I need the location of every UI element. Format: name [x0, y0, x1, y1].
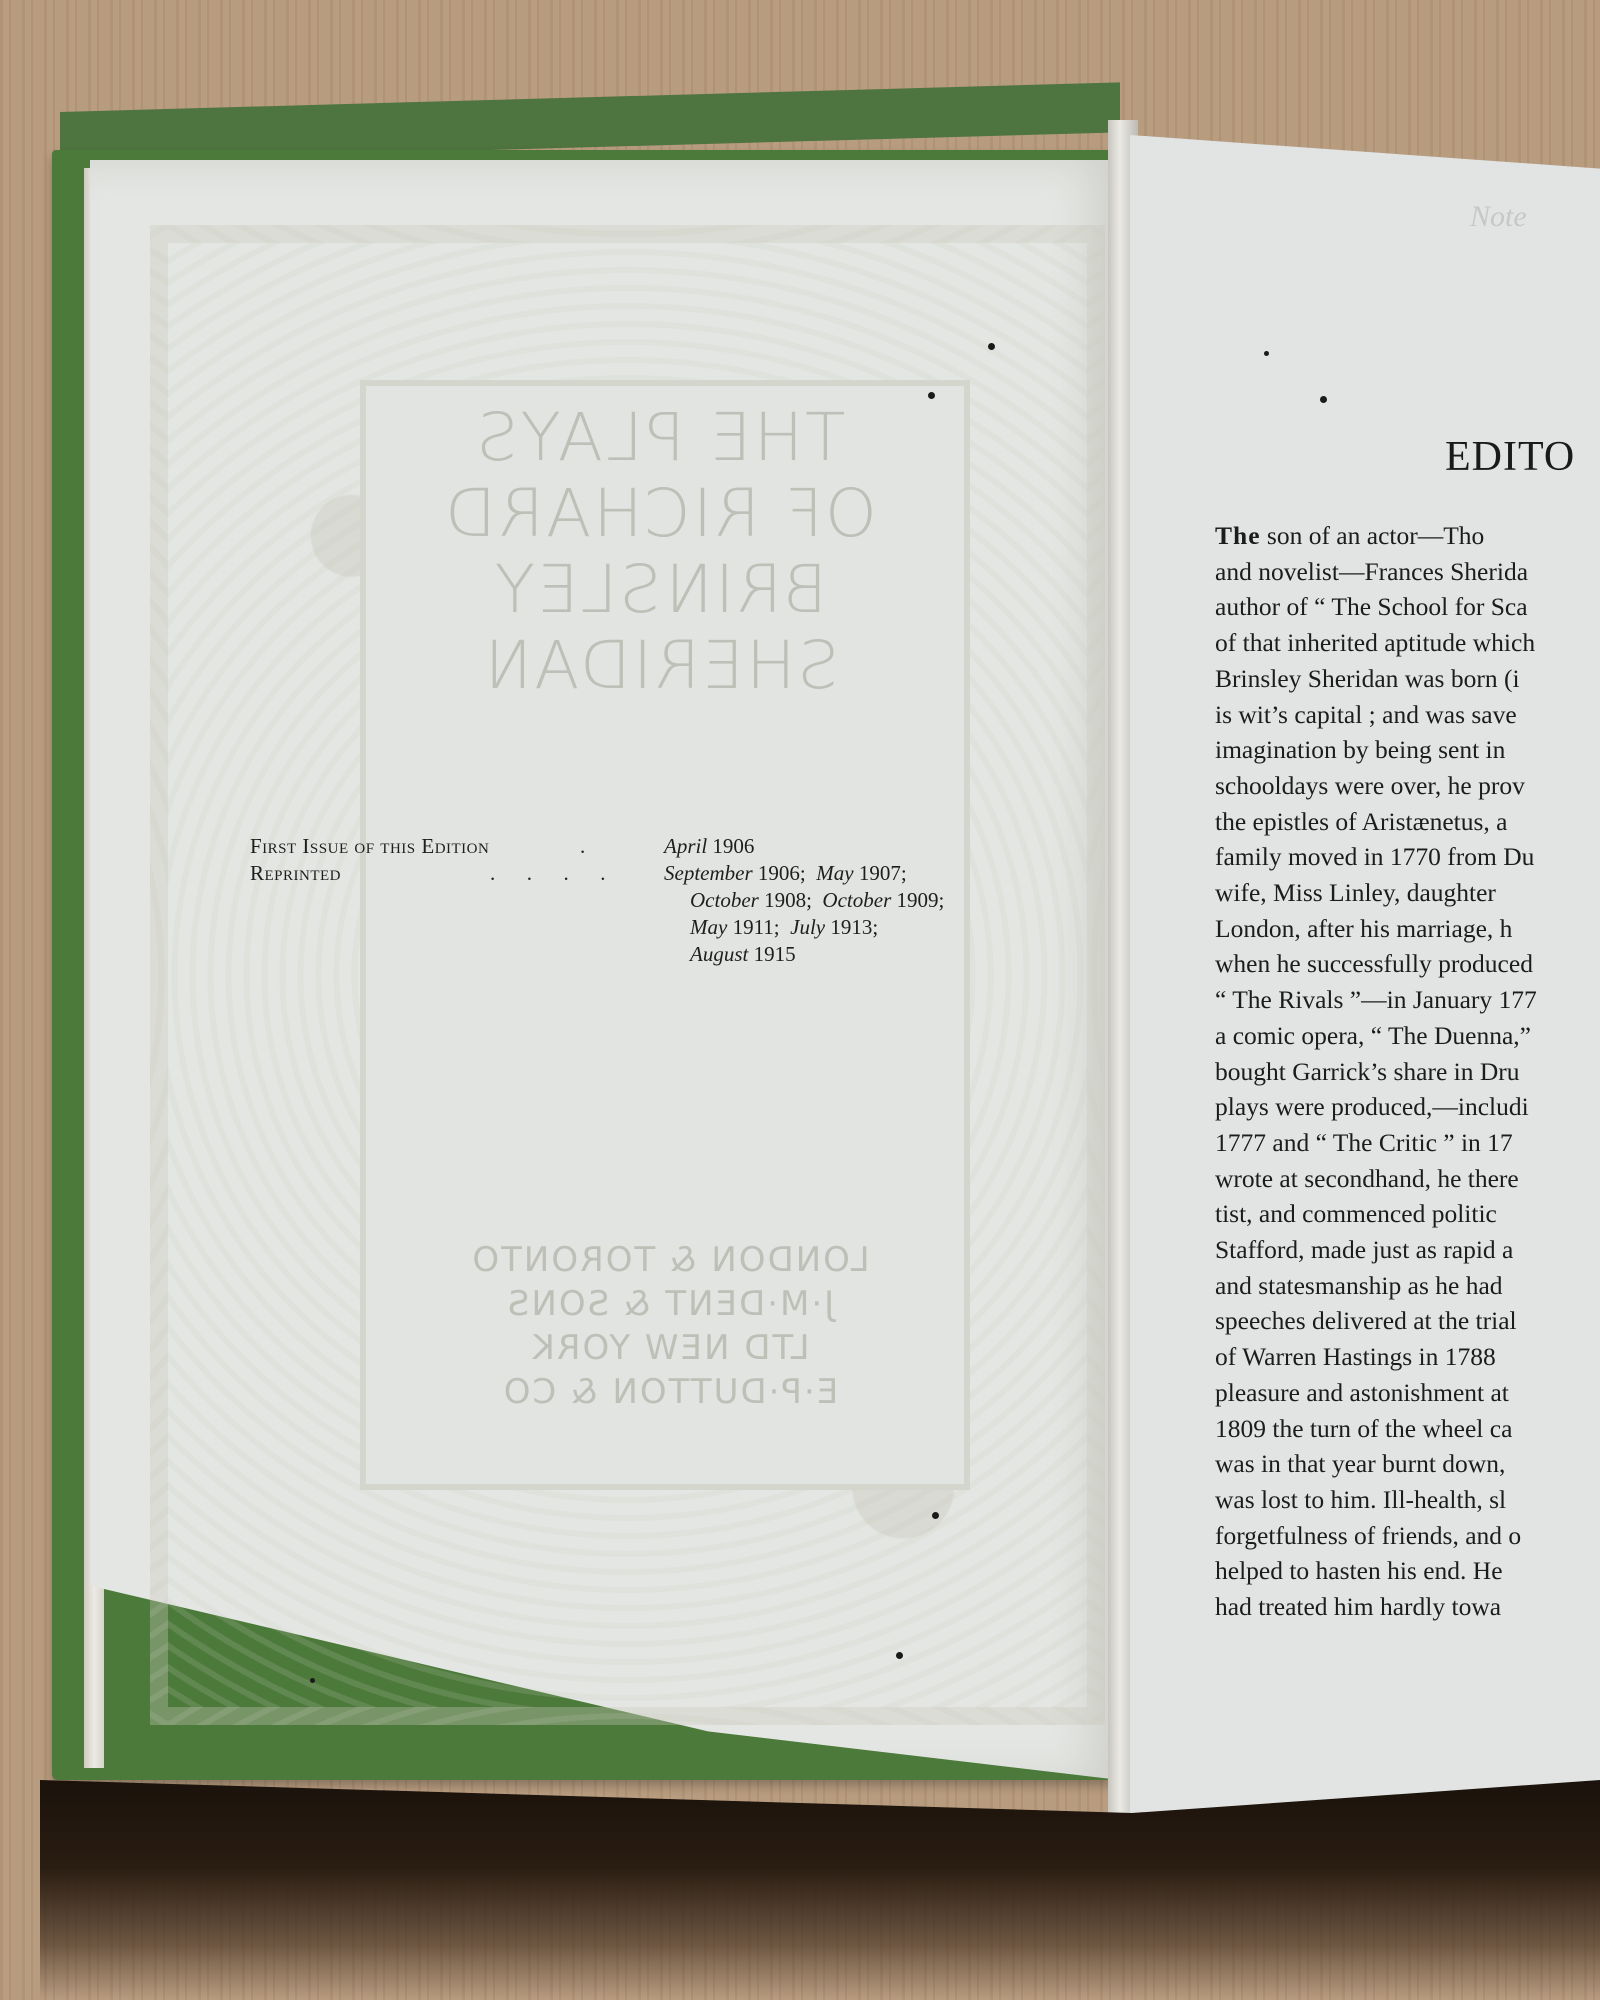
text-line: family moved in 1770 from Du [1215, 839, 1600, 875]
first-issue-label: First Issue of this Edition [250, 833, 580, 860]
text-line: the epistles of Aristænetus, a [1215, 804, 1600, 840]
date-year: 1911; [733, 915, 780, 939]
text-line: wrote at secondhand, he there [1215, 1161, 1600, 1197]
leader-dots: . . . . [490, 860, 664, 887]
imprint-block: First Issue of this Edition . April 1906… [250, 833, 944, 968]
text-line: and novelist—Frances Sherida [1215, 554, 1600, 590]
date-year: 1908; [764, 888, 812, 912]
date-month: October [822, 888, 891, 912]
show-through-publisher-line: J·M·DENT & SONS [410, 1282, 930, 1326]
text-line: was lost to him. Ill-health, sl [1215, 1482, 1600, 1518]
first-issue-date: April 1906 [664, 833, 754, 860]
text-line: had treated him hardly towa [1215, 1589, 1600, 1625]
paper-speck [1320, 396, 1327, 403]
date-month: July [790, 915, 825, 939]
text-line: 1809 the turn of the wheel ca [1215, 1411, 1600, 1447]
paper-speck [896, 1652, 903, 1659]
reprinted-continued-row: October 1908; October 1909; [250, 887, 944, 914]
text-line: bought Garrick’s share in Dru [1215, 1054, 1600, 1090]
text-line: author of “ The School for Sca [1215, 589, 1600, 625]
date-month: September [664, 861, 753, 885]
text-line: Stafford, made just as rapid a [1215, 1232, 1600, 1268]
reprinted-continued-row: August 1915 [250, 941, 944, 968]
text-line: tist, and commenced politic [1215, 1196, 1600, 1232]
text-line: “ The Rivals ”—in January 177 [1215, 982, 1600, 1018]
text-line: The son of an actor—Tho [1215, 518, 1600, 554]
date-year: 1907; [859, 861, 907, 885]
show-through-publisher-line: E·P·DUTTON & CO [410, 1370, 930, 1414]
date-year: 1913; [830, 915, 878, 939]
text-line: is wit’s capital ; and was save [1215, 697, 1600, 733]
date-year: 1906 [712, 834, 754, 858]
paper-speck [932, 1512, 939, 1519]
text-line: was in that year burnt down, [1215, 1446, 1600, 1482]
show-through-title-line: THE PLAYS [380, 400, 940, 476]
paper-speck [1264, 351, 1269, 356]
text-line: helped to hasten his end. He [1215, 1553, 1600, 1589]
show-through-title-line: SHERIDAN [380, 628, 940, 704]
text-line: schooldays were over, he prov [1215, 768, 1600, 804]
reprinted-continued-row: May 1911; July 1913; [250, 914, 944, 941]
text-line: of that inherited aptitude which [1215, 625, 1600, 661]
show-through-title-line: BRINSLEY [380, 552, 940, 628]
date-year: 1915 [754, 942, 796, 966]
text-line: Brinsley Sheridan was born (i [1215, 661, 1600, 697]
leader-dots: . [580, 833, 664, 860]
text-line: pleasure and astonishment at [1215, 1375, 1600, 1411]
show-through-header: Note [1470, 200, 1527, 234]
text-line: forgetfulness of friends, and o [1215, 1518, 1600, 1554]
reprinted-label: Reprinted [250, 860, 490, 887]
show-through-publisher: LONDON & TORONTO J·M·DENT & SONS LTD NEW… [410, 1238, 930, 1414]
text-line: plays were produced,—includi [1215, 1089, 1600, 1125]
section-heading: EDITO [1445, 433, 1575, 481]
text-line: 1777 and “ The Critic ” in 17 [1215, 1125, 1600, 1161]
reprinted-row: Reprinted . . . . September 1906; May 19… [250, 860, 944, 887]
date-month: April [664, 834, 707, 858]
date-year: 1906; [758, 861, 806, 885]
date-year: 1909; [897, 888, 945, 912]
paper-speck [988, 343, 995, 350]
drop-lead-word: The [1215, 521, 1261, 550]
text-line: when he successfully produced [1215, 946, 1600, 982]
reprint-dates: September 1906; May 1907; [664, 860, 907, 887]
show-through-publisher-line: LONDON & TORONTO [410, 1238, 930, 1282]
first-issue-row: First Issue of this Edition . April 1906 [250, 833, 944, 860]
text-line: a comic opera, “ The Duenna,” [1215, 1018, 1600, 1054]
text-line: imagination by being sent in [1215, 732, 1600, 768]
date-month: May [816, 861, 853, 885]
paper-speck [310, 1678, 315, 1683]
text-line: of Warren Hastings in 1788 [1215, 1339, 1600, 1375]
text-line: and statesmanship as he had [1215, 1268, 1600, 1304]
text-line-content: son of an actor—Tho [1261, 521, 1485, 550]
show-through-publisher-line: LTD NEW YORK [410, 1326, 930, 1370]
editors-note-body: The son of an actor—Tho and novelist—Fra… [1215, 518, 1600, 1625]
text-line: wife, Miss Linley, daughter [1215, 875, 1600, 911]
paper-speck [928, 392, 935, 399]
text-line: London, after his marriage, h [1215, 911, 1600, 947]
show-through-title-line: OF RICHARD [380, 476, 940, 552]
date-month: May [690, 915, 727, 939]
text-line: speeches delivered at the trial [1215, 1303, 1600, 1339]
date-month: October [690, 888, 759, 912]
book-shadow [40, 1780, 1600, 2000]
date-month: August [690, 942, 748, 966]
show-through-title: THE PLAYS OF RICHARD BRINSLEY SHERIDAN [380, 400, 940, 704]
